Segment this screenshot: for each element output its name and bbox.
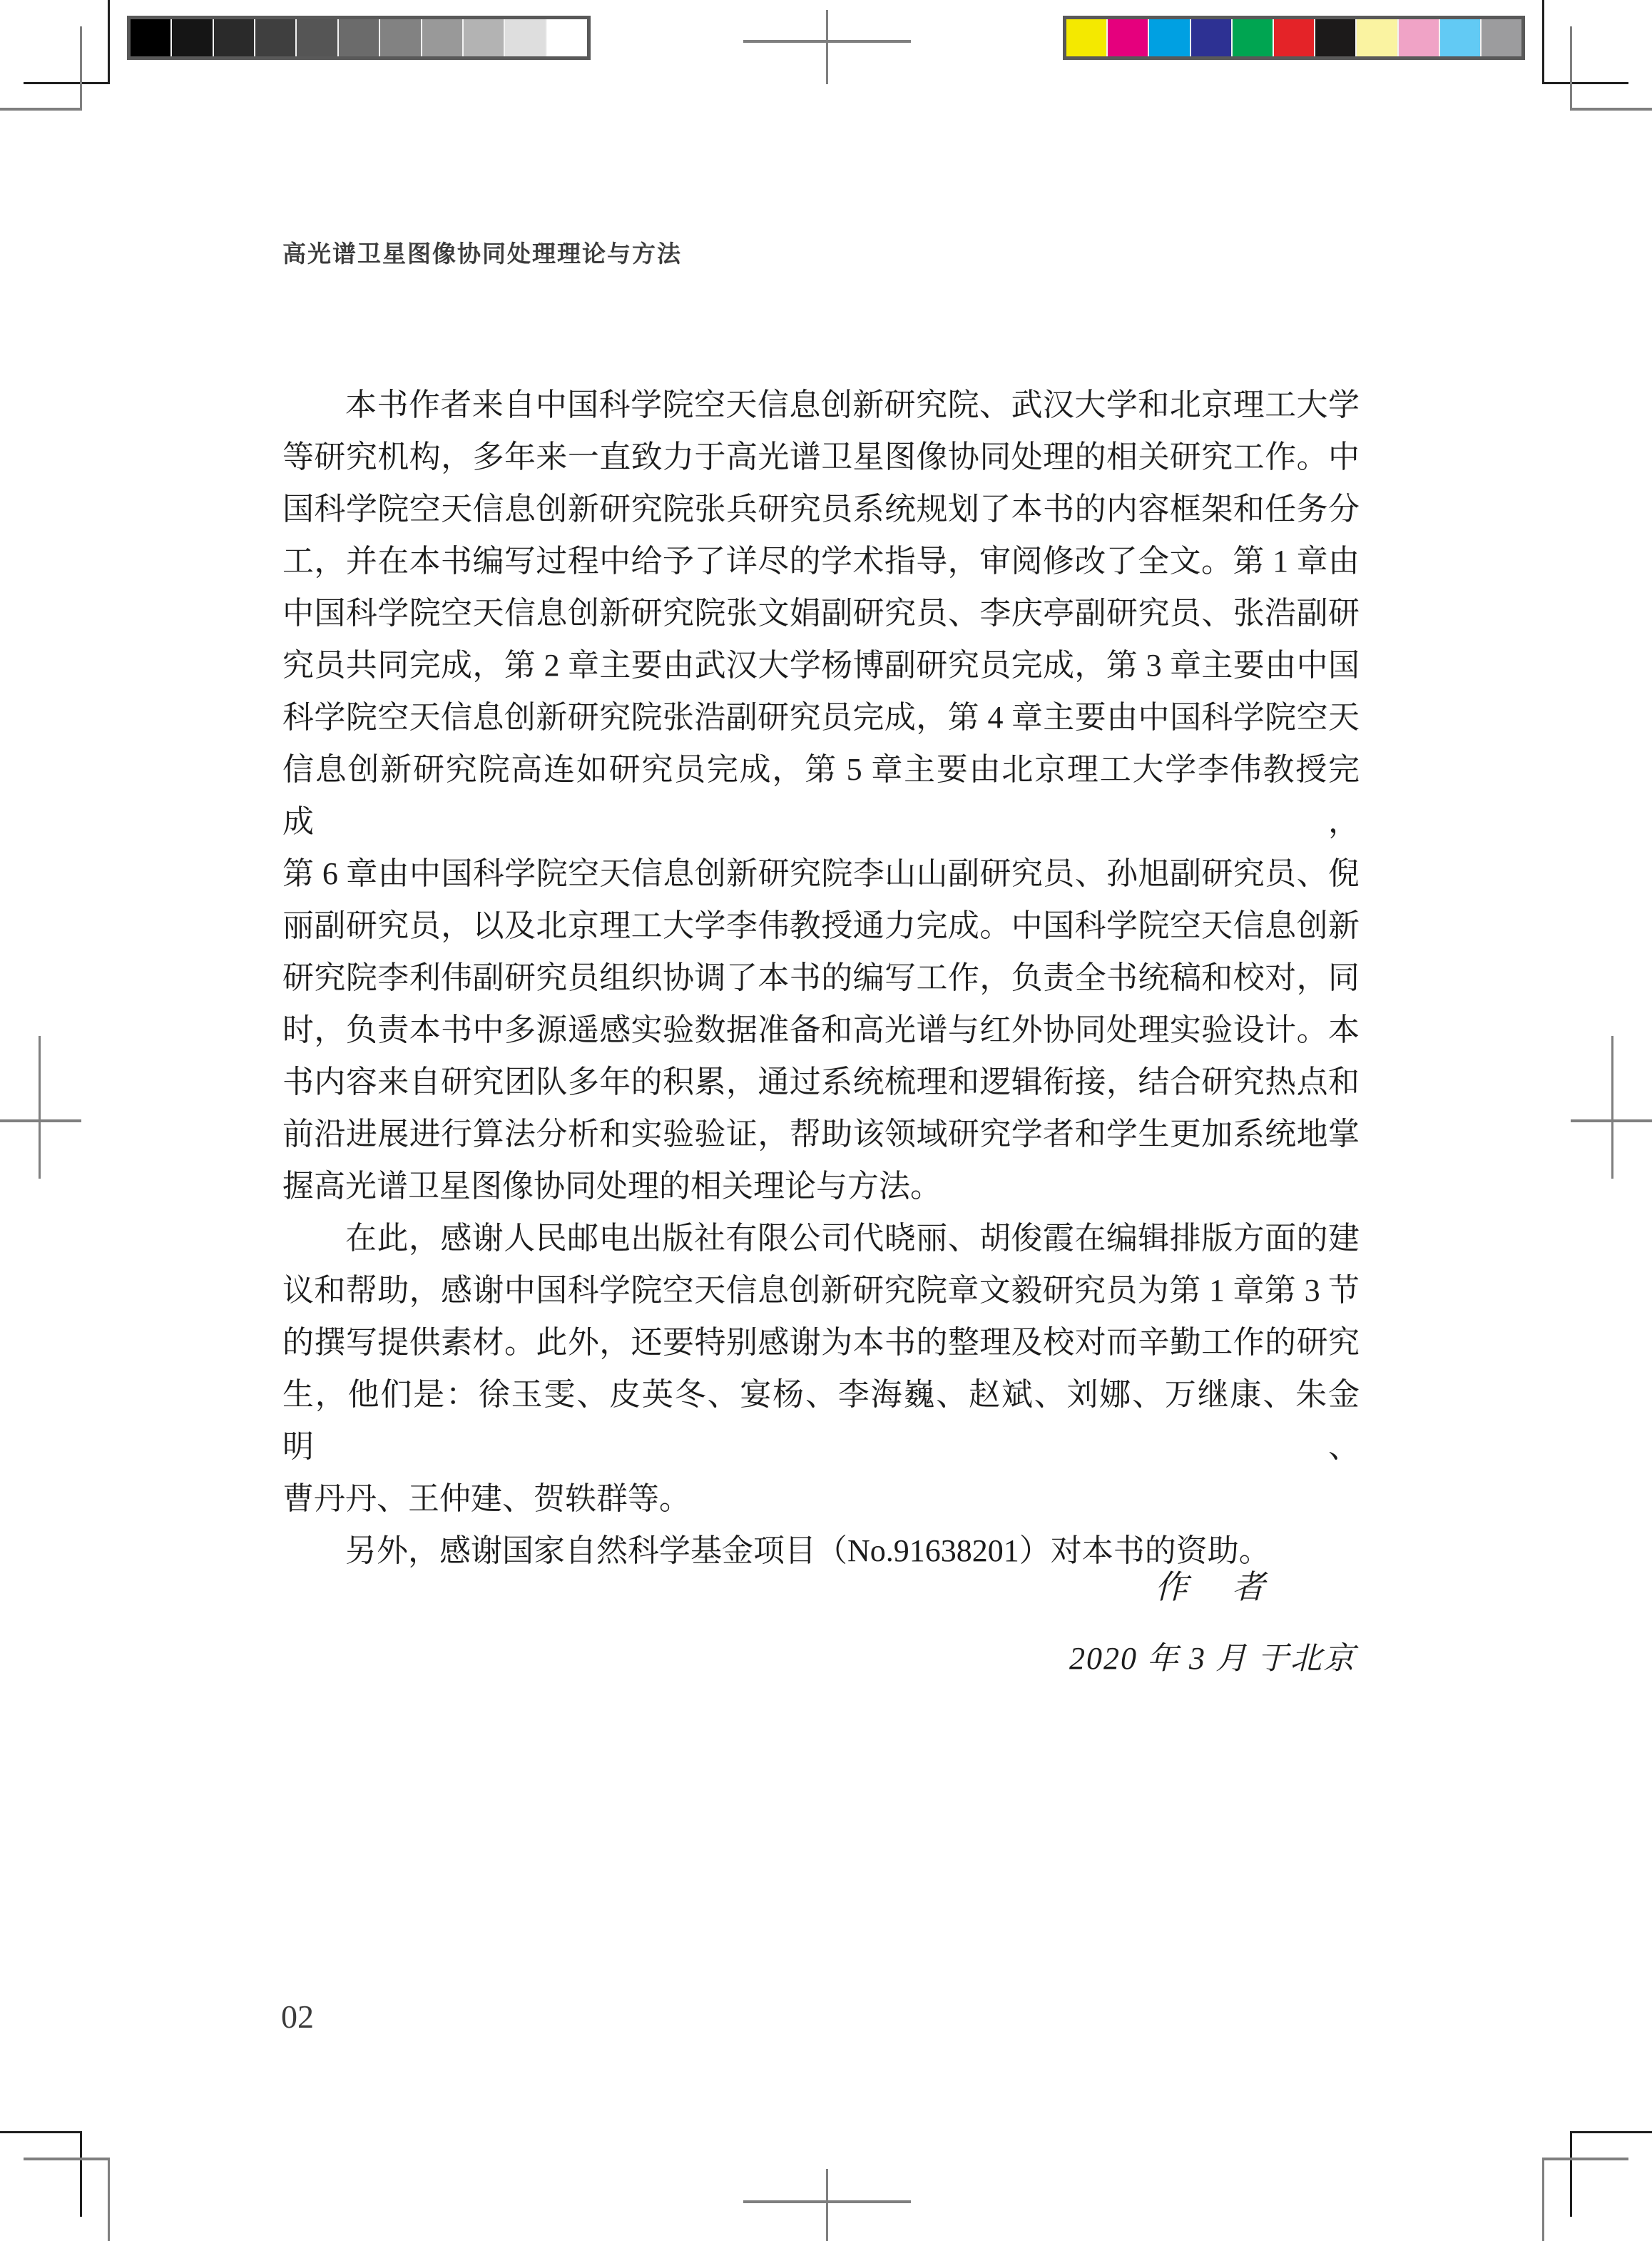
running-header-title: 高光谱卫星图像协同处理理论与方法 [282,235,682,269]
text-line: 丽副研究员，以及北京理工大学李伟教授通力完成。中国科学院空天信息创新 [282,900,1360,952]
calibration-swatch [1106,19,1148,56]
preface-paragraphs: 本书作者来自中国科学院空天信息创新研究院、武汉大学和北京理工大学等研究机构，多年… [282,379,1360,1577]
crop-mark [1570,2131,1572,2217]
calibration-swatch [379,19,420,56]
text-line: 科学院空天信息创新研究院张浩副研究员完成，第 4 章主要由中国科学院空天 [282,691,1360,743]
crop-mark [1543,82,1628,84]
calibration-swatch [1273,19,1314,56]
text-line: 生，他们是：徐玉雯、皮英冬、宴杨、李海巍、赵斌、刘娜、万继康、朱金明、 [282,1368,1360,1473]
calibration-swatch [546,19,587,56]
page-number: 02 [281,1998,314,2036]
paragraph: 本书作者来自中国科学院空天信息创新研究院、武汉大学和北京理工大学等研究机构，多年… [282,379,1360,1212]
text-line: 议和帮助，感谢中国科学院空天信息创新研究院章文毅研究员为第 1 章第 3 节 [282,1264,1360,1316]
crop-mark [1571,108,1652,111]
crop-mark [1542,0,1544,84]
text-line: 在此，感谢人民邮电出版社有限公司代晓丽、胡俊霞在编辑排版方面的建 [282,1212,1360,1264]
text-line: 第 6 章由中国科学院空天信息创新研究院李山山副研究员、孙旭副研究员、倪 [282,848,1360,900]
crop-mark [1542,2158,1544,2241]
signature-date: 2020 年 3 月 于北京 [1069,1632,1356,1678]
calibration-swatch [170,19,212,56]
text-line: 握高光谱卫星图像协同处理的相关理论与方法。 [282,1160,1360,1212]
crop-mark [1571,2131,1652,2133]
calibration-swatch [1439,19,1480,56]
color-calibration-bar [1063,16,1525,60]
text-line: 究员共同完成，第 2 章主要由武汉大学杨博副研究员完成，第 3 章主要由中国 [282,639,1360,691]
calibration-swatch [1190,19,1231,56]
calibration-swatch [504,19,545,56]
text-line: 书内容来自研究团队多年的积累，通过系统梳理和逻辑衔接，结合研究热点和 [282,1056,1360,1108]
crop-mark [80,2131,82,2217]
text-line: 工，并在本书编写过程中给予了详尽的学术指导，审阅修改了全文。第 1 章由 [282,535,1360,587]
text-line: 研究院李利伟副研究员组织协调了本书的编写工作，负责全书统稿和校对，同 [282,952,1360,1004]
calibration-swatch [421,19,462,56]
scanned-book-page: 高光谱卫星图像协同处理理论与方法 本书作者来自中国科学院空天信息创新研究院、武汉… [0,0,1652,2241]
crop-mark [743,40,911,43]
calibration-swatch [1397,19,1439,56]
text-line: 国科学院空天信息创新研究院张兵研究员系统规划了本书的内容框架和任务分 [282,483,1360,535]
crop-mark [39,1036,41,1179]
signature-block: 作 者 2020 年 3 月 于北京 [1069,1561,1356,1678]
calibration-swatch [1148,19,1189,56]
calibration-swatch [1355,19,1397,56]
text-line: 前沿进展进行算法分析和实验验证，帮助该领域研究学者和学生更加系统地掌 [282,1108,1360,1160]
calibration-swatch [1231,19,1273,56]
crop-mark [0,2131,81,2133]
paragraph: 在此，感谢人民邮电出版社有限公司代晓丽、胡俊霞在编辑排版方面的建议和帮助，感谢中… [282,1212,1360,1525]
calibration-swatch [1314,19,1355,56]
grayscale-calibration-bar [127,16,591,60]
author-signature: 作 者 [1069,1561,1356,1608]
calibration-swatch [462,19,504,56]
crop-mark [24,2158,109,2160]
crop-mark [80,26,82,111]
text-line: 曹丹丹、王仲建、贺轶群等。 [282,1473,1360,1525]
calibration-swatch [337,19,379,56]
calibration-swatch [295,19,337,56]
calibration-swatch [131,19,170,56]
crop-mark [1571,1119,1652,1122]
text-line: 中国科学院空天信息创新研究院张文娟副研究员、李庆亭副研究员、张浩副研 [282,587,1360,639]
text-line: 等研究机构，多年来一直致力于高光谱卫星图像协同处理的相关研究工作。中 [282,431,1360,483]
text-line: 本书作者来自中国科学院空天信息创新研究院、武汉大学和北京理工大学 [282,379,1360,431]
crop-mark [826,10,828,84]
crop-mark [1570,26,1572,111]
crop-mark [826,2169,828,2241]
text-line: 信息创新研究院高连如研究员完成，第 5 章主要由北京理工大学李伟教授完成， [282,743,1360,848]
text-line: 时，负责本书中多源遥感实验数据准备和高光谱与红外协同处理实验设计。本 [282,1004,1360,1056]
crop-mark [108,0,110,84]
crop-mark [0,108,81,111]
text-line: 的撰写提供素材。此外，还要特别感谢为本书的整理及校对而辛勤工作的研究 [282,1316,1360,1368]
crop-mark [1543,2158,1628,2160]
crop-mark [24,82,109,84]
crop-mark [108,2158,110,2241]
calibration-swatch [1480,19,1521,56]
calibration-swatch [1066,19,1106,56]
crop-mark [0,1119,81,1122]
crop-mark [1611,1036,1613,1179]
calibration-swatch [213,19,254,56]
calibration-swatch [254,19,295,56]
